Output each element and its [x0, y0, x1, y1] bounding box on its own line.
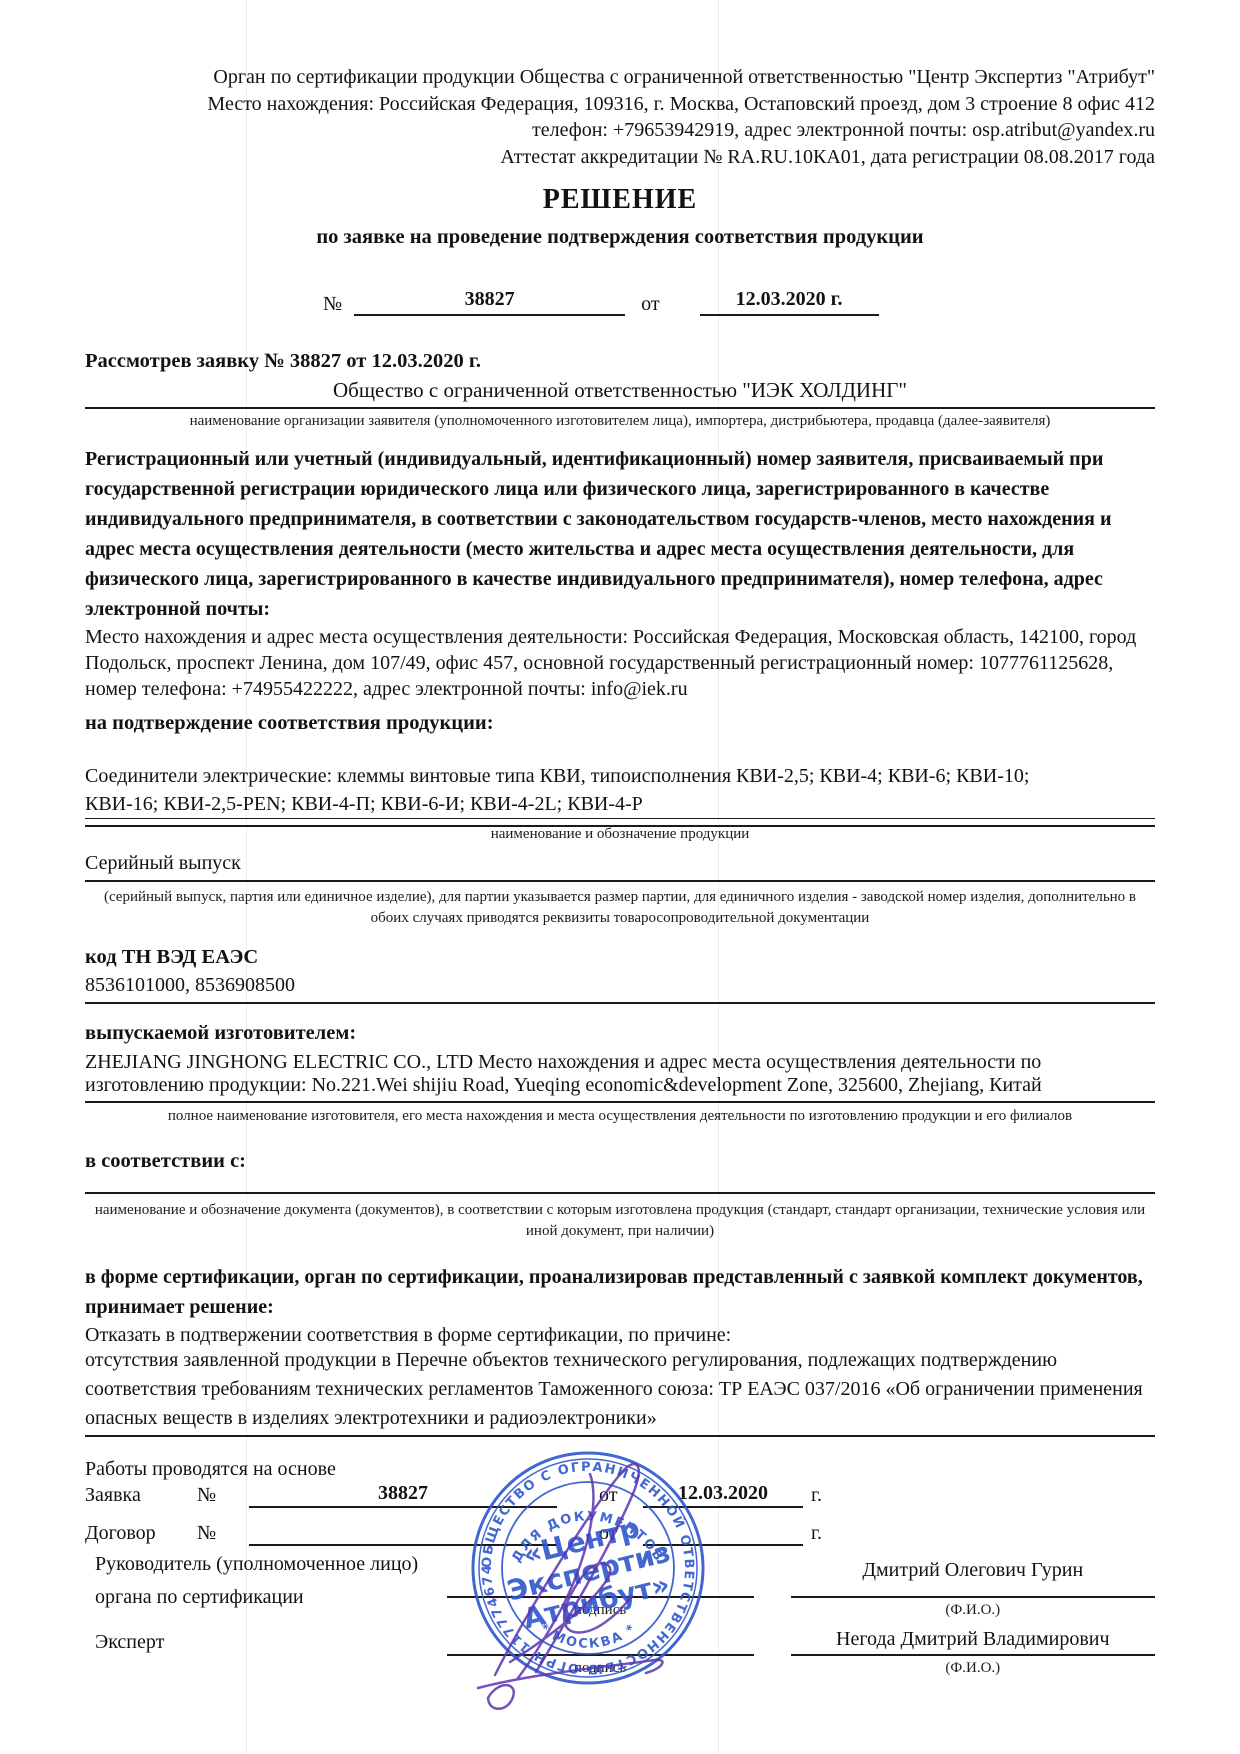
tnved-codes: 8536101000, 8536908500 [85, 974, 1155, 1004]
header-accreditation-line: Аттестат аккредитации № RA.RU.10КА01, да… [85, 144, 1155, 171]
manufacturer-line2: изготовлению продукции: No.221.Wei shiji… [85, 1074, 1155, 1103]
fio-caption: (Ф.И.О.) [791, 1658, 1155, 1679]
head-role-label: Руководитель (уполномоченное лицо) орган… [85, 1548, 447, 1621]
dogovor-label: Договор [85, 1522, 197, 1546]
decision-refusal: Отказать в подтвержении соответствия в ф… [85, 1322, 1155, 1348]
header-address-line: Место нахождения: Российская Федерация, … [85, 91, 1155, 118]
conformity-empty-field [85, 1192, 1155, 1194]
registration-heading: Регистрационный или учетный (индивидуаль… [85, 444, 1155, 624]
g-label: г. [811, 1484, 822, 1508]
expert-role-label: Эксперт [85, 1626, 447, 1679]
manufacturer-heading: выпускаемой изготовителем: [85, 1022, 1155, 1045]
release-type-value: Серийный выпуск [85, 852, 1155, 882]
expert-name-cell: Негода Дмитрий Владимирович (Ф.И.О.) [791, 1626, 1155, 1679]
number-sign-label: № [323, 293, 342, 316]
applicant-caption: наименование организации заявителя (упол… [85, 411, 1155, 432]
conformity-caption: наименование и обозначение документа (до… [85, 1200, 1155, 1242]
header-org-line: Орган по сертификации продукции Общества… [85, 64, 1155, 91]
product-section-heading: на подтверждение соответствия продукции: [85, 712, 1155, 735]
number-sign-label: № [197, 1522, 249, 1546]
ot-label: от [641, 293, 659, 316]
head-name: Дмитрий Олегович Гурин [791, 1548, 1155, 1598]
applicant-name: Общество с ограниченной ответственностью… [85, 378, 1155, 409]
manufacturer-line1: ZHEJIANG JINGHONG ELECTRIC CO., LTD Мест… [85, 1048, 1155, 1076]
decision-reason: отсутствия заявленной продукции в Перечн… [85, 1346, 1155, 1437]
fio-caption: (Ф.И.О.) [791, 1600, 1155, 1621]
certification-body-header: Орган по сертификации продукции Общества… [85, 64, 1155, 170]
release-caption: (серийный выпуск, партия или единичное и… [85, 887, 1155, 929]
document-subtitle: по заявке на проведение подтверждения со… [85, 226, 1155, 249]
g-label: г. [811, 1522, 822, 1546]
handwritten-signature [440, 1430, 770, 1730]
head-name-cell: Дмитрий Олегович Гурин (Ф.И.О.) [791, 1548, 1155, 1621]
document-title: РЕШЕНИЕ [85, 184, 1155, 216]
application-number-row: № 38827 от 12.03.2020 г. [85, 288, 1155, 316]
application-date-field: 12.03.2020 г. [700, 288, 879, 316]
conformity-heading: в соответствии с: [85, 1150, 1155, 1173]
header-contact-line: телефон: +79653942919, адрес электронной… [85, 117, 1155, 144]
registration-details: Место нахождения и адрес места осуществл… [85, 624, 1155, 702]
application-number-field: 38827 [354, 288, 625, 316]
decision-heading: в форме сертификации, орган по сертифика… [85, 1262, 1155, 1322]
product-caption: наименование и обозначение продукции [85, 824, 1155, 845]
reviewed-line: Рассмотрев заявку № 38827 от 12.03.2020 … [85, 350, 1155, 373]
manufacturer-caption: полное наименование изготовителя, его ме… [85, 1106, 1155, 1127]
product-name-line2: КВИ-16; КВИ-2,5-PEN; КВИ-4-П; КВИ-6-И; К… [85, 790, 1155, 819]
product-name-line1: Соединители электрические: клеммы винтов… [85, 762, 1155, 790]
number-sign-label: № [197, 1484, 249, 1508]
zayavka-label: Заявка [85, 1484, 197, 1508]
expert-name: Негода Дмитрий Владимирович [791, 1626, 1155, 1656]
tnved-heading: код ТН ВЭД ЕАЭС [85, 946, 1155, 969]
product-name-block: Соединители электрические: клеммы винтов… [85, 762, 1155, 827]
